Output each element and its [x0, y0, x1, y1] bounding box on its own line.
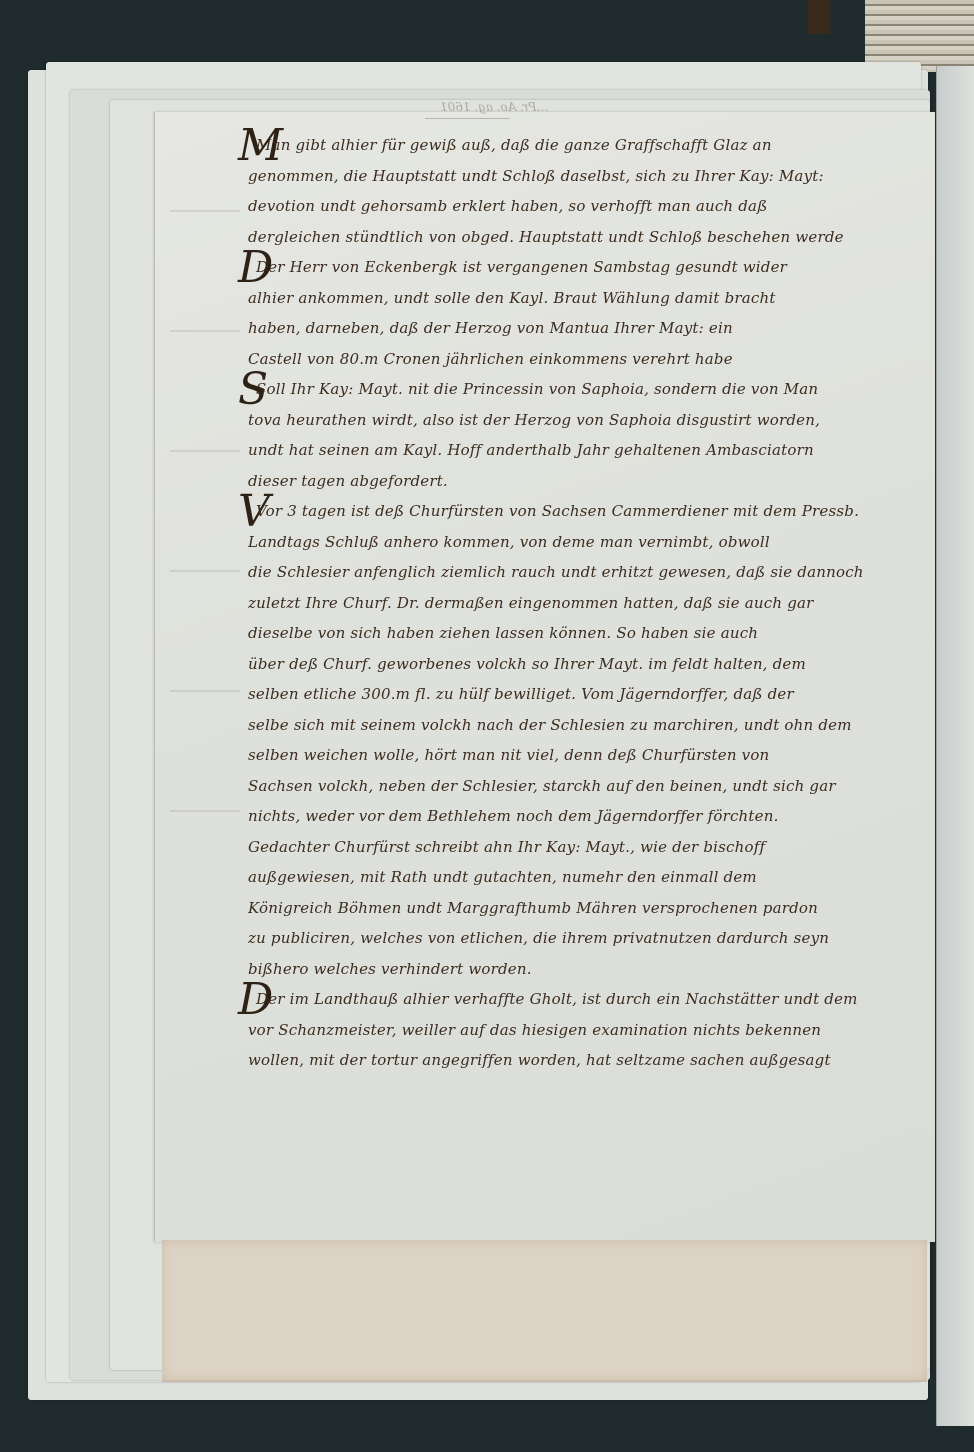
text-line: die Schlesier anfenglich ziemlich rauch …	[248, 557, 938, 588]
text-line: tova heurathen wirdt, also ist der Herzo…	[248, 405, 938, 436]
handwritten-text: M Man gibt alhier für gewiß auß, daß die…	[248, 130, 938, 1076]
flourished-initial: D	[238, 246, 273, 290]
flourished-initial: D	[238, 978, 273, 1022]
paragraph: D Der im Landthauß alhier verhaffte Ghol…	[248, 984, 938, 1076]
text-line: selben weichen wolle, hört man nit viel,…	[248, 740, 938, 771]
bleed-through-mark	[170, 450, 240, 452]
text-line: dergleichen stündtlich von obged. Haupts…	[248, 222, 938, 253]
bleed-through-mark	[170, 330, 240, 332]
paragraph: M Man gibt alhier für gewiß auß, daß die…	[248, 130, 938, 252]
text-line: devotion undt gehorsamb erklert haben, s…	[248, 191, 938, 222]
text-line: dieselbe von sich haben ziehen lassen kö…	[248, 618, 938, 649]
text-line: selben etliche 300.m fl. zu hülf bewilli…	[248, 679, 938, 710]
text-line: undt hat seinen am Kayl. Hoff anderthalb…	[248, 435, 938, 466]
text-line: Sachsen volckh, neben der Schlesier, sta…	[248, 771, 938, 802]
book-spine	[808, 0, 830, 34]
mirrored-header-note: …Pr. Ao. ag. 1601	[440, 100, 548, 114]
text-line: wollen, mit der tortur angegriffen worde…	[248, 1045, 938, 1076]
bleed-through-mark	[170, 690, 240, 692]
facing-page-edge	[936, 66, 974, 1426]
pasted-paper-strip	[162, 1240, 927, 1382]
flourished-initial: S	[238, 368, 268, 412]
flourished-initial: M	[238, 124, 283, 168]
text-line: zu publiciren, welches von etlichen, die…	[248, 923, 938, 954]
text-line: Vor 3 tagen ist deß Churfürsten von Sach…	[248, 496, 938, 527]
text-line: nichts, weder vor dem Bethlehem noch dem…	[248, 801, 938, 832]
bleed-through-mark	[170, 210, 240, 212]
text-line: vor Schanzmeister, weiller auf das hiesi…	[248, 1015, 938, 1046]
text-line: Soll Ihr Kay: Mayt. nit die Princessin v…	[248, 374, 938, 405]
text-line: außgewiesen, mit Rath undt gutachten, nu…	[248, 862, 938, 893]
text-line: bißhero welches verhindert worden.	[248, 954, 938, 985]
bleed-through-mark	[170, 810, 240, 812]
text-line: über deß Churf. geworbenes volckh so Ihr…	[248, 649, 938, 680]
text-line: Landtags Schluß anhero kommen, von deme …	[248, 527, 938, 558]
manuscript-scan: …Pr. Ao. ag. 1601 M Man gibt alhier für …	[0, 0, 974, 1452]
flourished-initial: V	[238, 490, 270, 534]
text-line: genommen, die Hauptstatt undt Schloß das…	[248, 161, 938, 192]
paragraph: D Der Herr von Eckenbergk ist vergangene…	[248, 252, 938, 374]
paragraph: V Vor 3 tagen ist deß Churfürsten von Sa…	[248, 496, 938, 984]
bleed-through-mark	[170, 570, 240, 572]
text-line: haben, darneben, daß der Herzog von Mant…	[248, 313, 938, 344]
text-line: Der im Landthauß alhier verhaffte Gholt,…	[248, 984, 938, 1015]
header-underline	[425, 118, 510, 119]
text-line: alhier ankommen, undt solle den Kayl. Br…	[248, 283, 938, 314]
text-line: Castell von 80.m Cronen jährlichen einko…	[248, 344, 938, 375]
text-line: zuletzt Ihre Churf. Dr. dermaßen eingeno…	[248, 588, 938, 619]
text-line: Der Herr von Eckenbergk ist vergangenen …	[248, 252, 938, 283]
text-line: Königreich Böhmen undt Marggrafthumb Mäh…	[248, 893, 938, 924]
text-line: selbe sich mit seinem volckh nach der Sc…	[248, 710, 938, 741]
text-line: Man gibt alhier für gewiß auß, daß die g…	[248, 130, 938, 161]
paragraph: S Soll Ihr Kay: Mayt. nit die Princessin…	[248, 374, 938, 496]
text-line: Gedachter Churfürst schreibt ahn Ihr Kay…	[248, 832, 938, 863]
text-line: dieser tagen abgefordert.	[248, 466, 938, 497]
